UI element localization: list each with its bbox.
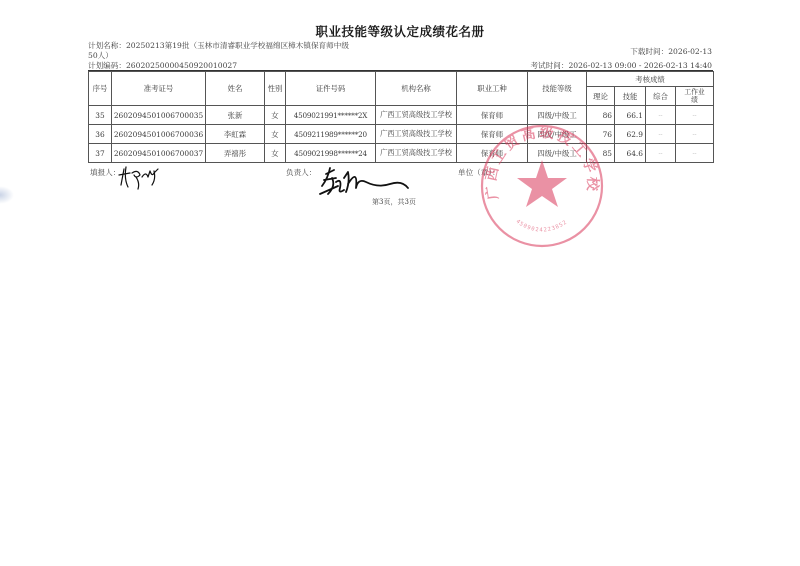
scan-smudge bbox=[0, 186, 14, 204]
responsible-label: 负责人： bbox=[286, 167, 316, 178]
official-seal: 广西工贸高级技工学校 4509024223852 bbox=[478, 122, 606, 250]
cell-seq: 37 bbox=[89, 144, 112, 163]
exam-time-label: 考试时间： bbox=[530, 61, 568, 70]
cell-overall: -- bbox=[646, 144, 676, 163]
cell-name: 李虹霖 bbox=[206, 125, 265, 144]
header-theory: 理论 bbox=[587, 87, 615, 106]
header-scores-group: 考核成绩 bbox=[587, 72, 714, 87]
cell-work: -- bbox=[676, 125, 714, 144]
header-skill: 技能 bbox=[615, 87, 646, 106]
header-ticket: 准考证号 bbox=[112, 72, 206, 106]
score-roster-table: 序号 准考证号 姓名 性别 证件号码 机构名称 职业工种 技能等级 考核成绩 理… bbox=[88, 71, 714, 163]
table-row: 37 2602094501006700037 弄禧彤 女 4509021998*… bbox=[89, 144, 714, 163]
cell-overall: -- bbox=[646, 125, 676, 144]
cell-org: 广西工贸高级技工学校 bbox=[376, 144, 457, 163]
document-title: 职业技能等级认定成绩花名册 bbox=[0, 22, 800, 40]
cell-org: 广西工贸高级技工学校 bbox=[376, 125, 457, 144]
header-id-no: 证件号码 bbox=[286, 72, 376, 106]
cell-skill: 62.9 bbox=[615, 125, 646, 144]
cell-id-no: 4509021998******24 bbox=[286, 144, 376, 163]
header-org: 机构名称 bbox=[376, 72, 457, 106]
header-name: 姓名 bbox=[206, 72, 265, 106]
plan-name-value: 20250213第19批（玉林市清睿职业学校福绵区樟木镇保育师中级 bbox=[126, 41, 349, 50]
cell-ticket: 2602094501006700035 bbox=[112, 106, 206, 125]
plan-code-label: 计划编码： bbox=[88, 61, 126, 70]
header-work: 工作业绩 bbox=[676, 87, 714, 106]
header-seq: 序号 bbox=[89, 72, 112, 106]
cell-work: -- bbox=[676, 144, 714, 163]
cell-name: 弄禧彤 bbox=[206, 144, 265, 163]
download-time-label: 下载时间： bbox=[630, 47, 668, 56]
cell-gender: 女 bbox=[265, 106, 286, 125]
seal-number: 4509024223852 bbox=[515, 219, 569, 234]
table-row: 36 2602094501006700036 李虹霖 女 4509211989*… bbox=[89, 125, 714, 144]
cell-gender: 女 bbox=[265, 144, 286, 163]
cell-gender: 女 bbox=[265, 125, 286, 144]
cell-id-no: 4509021991******2X bbox=[286, 106, 376, 125]
cell-skill: 66.1 bbox=[615, 106, 646, 125]
cell-overall: -- bbox=[646, 106, 676, 125]
header-level: 技能等级 bbox=[528, 72, 587, 106]
seal-star-icon bbox=[517, 160, 567, 207]
header-gender: 性别 bbox=[265, 72, 286, 106]
header-occupation: 职业工种 bbox=[457, 72, 528, 106]
plan-name-line1: 计划名称：20250213第19批（玉林市清睿职业学校福绵区樟木镇保育师中级 bbox=[88, 40, 349, 51]
filled-by-label: 填报人： bbox=[90, 167, 120, 178]
filled-by-signature bbox=[118, 163, 168, 193]
cell-id-no: 4509211989******20 bbox=[286, 125, 376, 144]
cell-work: -- bbox=[676, 106, 714, 125]
exam-time-value: 2026-02-13 09:00 - 2026-02-13 14:40 bbox=[568, 61, 712, 70]
cell-skill: 64.6 bbox=[615, 144, 646, 163]
cell-seq: 36 bbox=[89, 125, 112, 144]
plan-code-value: 26020250000450920010027 bbox=[126, 61, 237, 70]
cell-name: 张新 bbox=[206, 106, 265, 125]
table-row: 35 2602094501006700035 张新 女 4509021991**… bbox=[89, 106, 714, 125]
header-overall: 综合 bbox=[646, 87, 676, 106]
page-info: 第3页，共3页 bbox=[372, 197, 416, 207]
download-time-line: 下载时间：2026-02-13 bbox=[630, 46, 712, 57]
plan-name-label: 计划名称： bbox=[88, 41, 126, 50]
cell-ticket: 2602094501006700036 bbox=[112, 125, 206, 144]
cell-seq: 35 bbox=[89, 106, 112, 125]
cell-org: 广西工贸高级技工学校 bbox=[376, 106, 457, 125]
cell-ticket: 2602094501006700037 bbox=[112, 144, 206, 163]
download-time-value: 2026-02-13 bbox=[668, 47, 712, 56]
